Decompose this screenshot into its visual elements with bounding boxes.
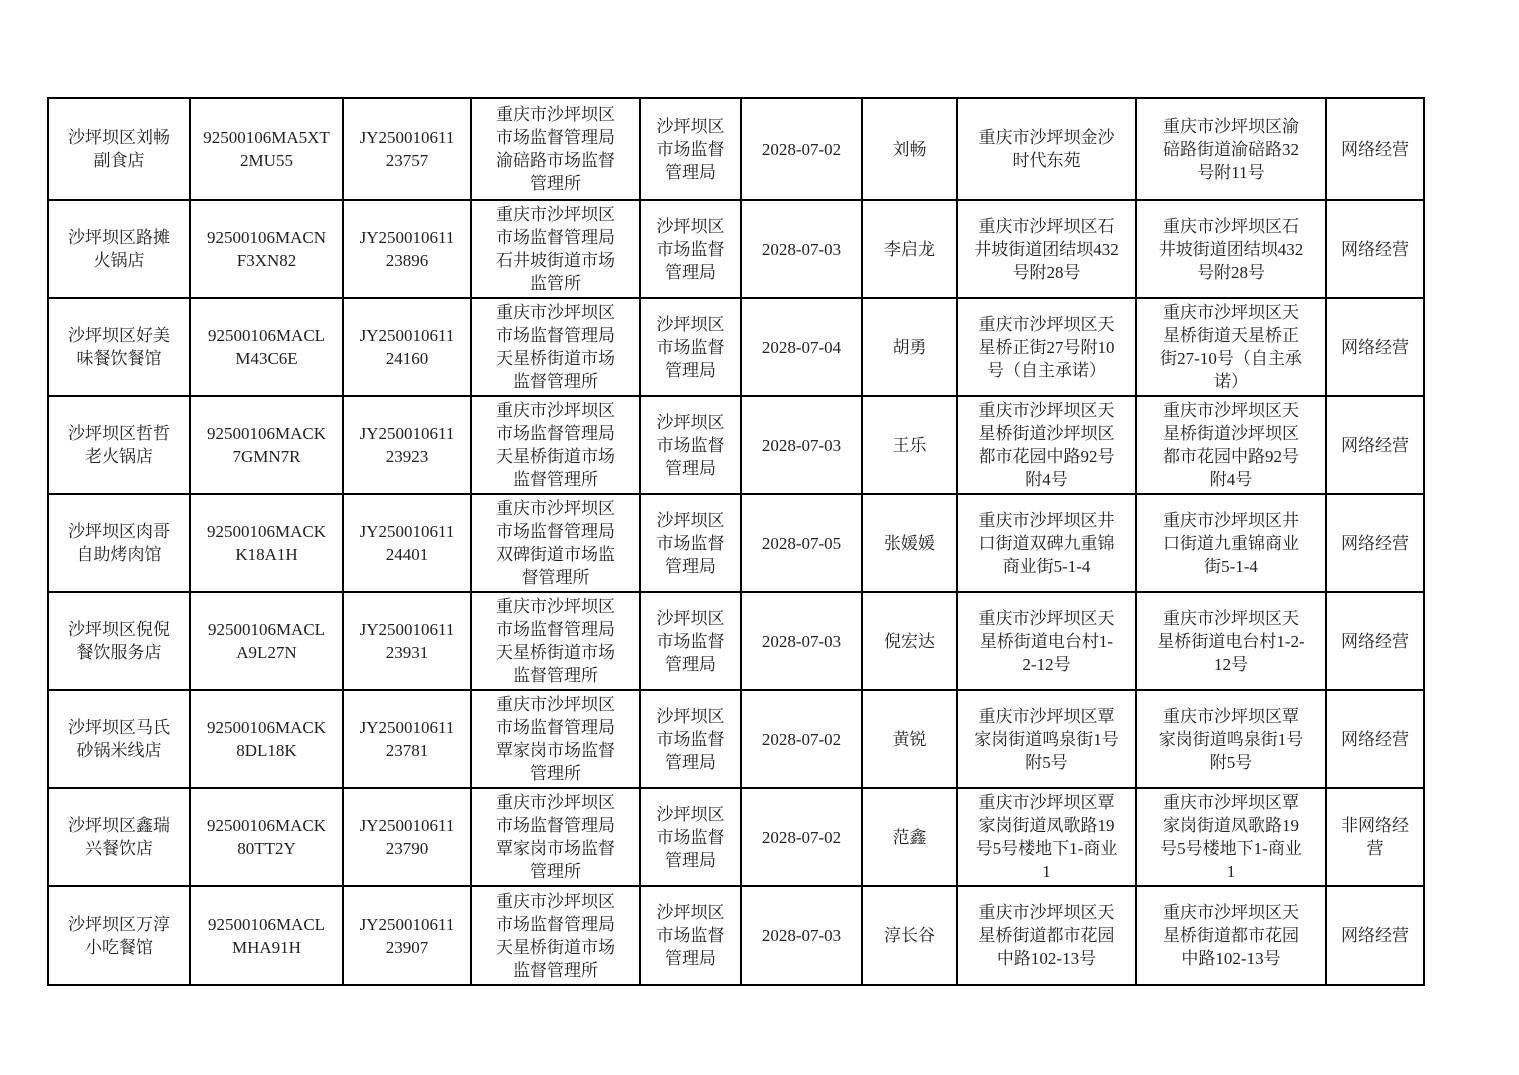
- table-cell: 沙坪坝区市场监督管理局: [640, 298, 741, 396]
- table-cell: 沙坪坝区市场监督管理局: [640, 788, 741, 886]
- table-cell: 网络经营: [1326, 396, 1424, 494]
- table-cell: 重庆市沙坪坝区市场监督管理局覃家岗市场监督管理所: [471, 690, 640, 788]
- table-cell: 沙坪坝区鑫瑞兴餐饮店: [48, 788, 190, 886]
- table-cell: 重庆市沙坪坝区市场监督管理局天星桥街道市场监督管理所: [471, 396, 640, 494]
- table-cell: 非网络经营: [1326, 788, 1424, 886]
- table-cell: 沙坪坝区刘畅副食店: [48, 98, 190, 200]
- table-cell: JY25001061123896: [343, 200, 471, 298]
- table-row: 沙坪坝区万淳小吃餐馆92500106MACLMHA91HJY2500106112…: [48, 886, 1424, 985]
- table-cell: 重庆市沙坪坝区天星桥街道电台村1-2-12号: [957, 592, 1136, 690]
- table-cell: 重庆市沙坪坝区石井坡街道团结坝432号附28号: [957, 200, 1136, 298]
- table-cell: 重庆市沙坪坝区市场监督管理局天星桥街道市场监督管理所: [471, 886, 640, 985]
- table-cell: 2028-07-02: [741, 788, 862, 886]
- table-cell: 沙坪坝区肉哥自助烤肉馆: [48, 494, 190, 592]
- table-cell: 网络经营: [1326, 592, 1424, 690]
- table-cell: 92500106MACLM43C6E: [190, 298, 343, 396]
- table-cell: 网络经营: [1326, 494, 1424, 592]
- table-cell: JY25001061123757: [343, 98, 471, 200]
- table-cell: 重庆市沙坪坝区市场监督管理局石井坡街道市场监管所: [471, 200, 640, 298]
- table-cell: 重庆市沙坪坝区渝碚路街道渝碚路32号附11号: [1136, 98, 1326, 200]
- table-cell: 重庆市沙坪坝区石井坡街道团结坝432号附28号: [1136, 200, 1326, 298]
- table-cell: 重庆市沙坪坝区井口街道九重锦商业街5-1-4: [1136, 494, 1326, 592]
- table-cell: 胡勇: [862, 298, 957, 396]
- table-cell: JY25001061123781: [343, 690, 471, 788]
- table-cell: JY25001061123923: [343, 396, 471, 494]
- table-cell: 重庆市沙坪坝金沙时代东苑: [957, 98, 1136, 200]
- table-cell: 重庆市沙坪坝区天星桥街道天星桥正街27-10号（自主承诺）: [1136, 298, 1326, 396]
- table-cell: 网络经营: [1326, 200, 1424, 298]
- table-row: 沙坪坝区倪倪餐饮服务店92500106MACLA9L27NJY250010611…: [48, 592, 1424, 690]
- table-cell: 重庆市沙坪坝区市场监督管理局渝碚路市场监督管理所: [471, 98, 640, 200]
- license-table-body: 沙坪坝区刘畅副食店92500106MA5XT2MU55JY25001061123…: [48, 98, 1424, 985]
- table-row: 沙坪坝区哲哲老火锅店92500106MACK7GMN7RJY2500106112…: [48, 396, 1424, 494]
- table-cell: 重庆市沙坪坝区覃家岗街道鸣泉街1号附5号: [957, 690, 1136, 788]
- table-cell: 重庆市沙坪坝区覃家岗街道凤歌路19号5号楼地下1-商业1: [957, 788, 1136, 886]
- table-cell: 2028-07-02: [741, 98, 862, 200]
- table-cell: 92500106MACLMHA91H: [190, 886, 343, 985]
- table-cell: 重庆市沙坪坝区天星桥街道沙坪坝区都市花园中路92号附4号: [957, 396, 1136, 494]
- table-cell: 刘畅: [862, 98, 957, 200]
- table-cell: 重庆市沙坪坝区天星桥街道电台村1-2-12号: [1136, 592, 1326, 690]
- table-cell: 2028-07-03: [741, 200, 862, 298]
- table-cell: 2028-07-03: [741, 886, 862, 985]
- table-cell: JY25001061124160: [343, 298, 471, 396]
- license-table: 沙坪坝区刘畅副食店92500106MA5XT2MU55JY25001061123…: [47, 97, 1425, 986]
- table-cell: 92500106MACK8DL18K: [190, 690, 343, 788]
- table-row: 沙坪坝区刘畅副食店92500106MA5XT2MU55JY25001061123…: [48, 98, 1424, 200]
- table-row: 沙坪坝区马氏砂锅米线店92500106MACK8DL18KJY250010611…: [48, 690, 1424, 788]
- table-cell: 重庆市沙坪坝区市场监督管理局天星桥街道市场监督管理所: [471, 592, 640, 690]
- table-cell: 沙坪坝区哲哲老火锅店: [48, 396, 190, 494]
- table-cell: 重庆市沙坪坝区市场监督管理局覃家岗市场监督管理所: [471, 788, 640, 886]
- table-cell: 重庆市沙坪坝区覃家岗街道凤歌路19号5号楼地下1-商业1: [1136, 788, 1326, 886]
- table-cell: 沙坪坝区市场监督管理局: [640, 886, 741, 985]
- table-cell: 重庆市沙坪坝区天星桥街道沙坪坝区都市花园中路92号附4号: [1136, 396, 1326, 494]
- table-cell: 黄锐: [862, 690, 957, 788]
- table-cell: 2028-07-03: [741, 592, 862, 690]
- table-cell: 沙坪坝区市场监督管理局: [640, 396, 741, 494]
- table-cell: 网络经营: [1326, 98, 1424, 200]
- table-cell: 重庆市沙坪坝区市场监督管理局双碑街道市场监督管理所: [471, 494, 640, 592]
- table-cell: 重庆市沙坪坝区天星桥街道都市花园中路102-13号: [957, 886, 1136, 985]
- table-cell: 92500106MACKK18A1H: [190, 494, 343, 592]
- table-cell: 网络经营: [1326, 886, 1424, 985]
- table-cell: JY25001061123790: [343, 788, 471, 886]
- table-cell: JY25001061123931: [343, 592, 471, 690]
- table-row: 沙坪坝区路摊火锅店92500106MACNF3XN82JY25001061123…: [48, 200, 1424, 298]
- table-cell: 沙坪坝区马氏砂锅米线店: [48, 690, 190, 788]
- table-cell: JY25001061124401: [343, 494, 471, 592]
- table-cell: 2028-07-04: [741, 298, 862, 396]
- table-row: 沙坪坝区鑫瑞兴餐饮店92500106MACK80TT2YJY2500106112…: [48, 788, 1424, 886]
- table-cell: 张媛媛: [862, 494, 957, 592]
- table-cell: 92500106MACK7GMN7R: [190, 396, 343, 494]
- table-cell: 92500106MACNF3XN82: [190, 200, 343, 298]
- table-cell: 沙坪坝区万淳小吃餐馆: [48, 886, 190, 985]
- table-cell: 沙坪坝区市场监督管理局: [640, 494, 741, 592]
- table-cell: 沙坪坝区市场监督管理局: [640, 592, 741, 690]
- table-cell: 沙坪坝区市场监督管理局: [640, 690, 741, 788]
- table-cell: 网络经营: [1326, 298, 1424, 396]
- table-cell: 92500106MACK80TT2Y: [190, 788, 343, 886]
- table-cell: 92500106MA5XT2MU55: [190, 98, 343, 200]
- table-cell: 李启龙: [862, 200, 957, 298]
- table-cell: 网络经营: [1326, 690, 1424, 788]
- table-cell: 重庆市沙坪坝区天星桥正街27号附10号（自主承诺）: [957, 298, 1136, 396]
- table-cell: 2028-07-03: [741, 396, 862, 494]
- table-cell: 重庆市沙坪坝区井口街道双碑九重锦商业街5-1-4: [957, 494, 1136, 592]
- table-cell: 范鑫: [862, 788, 957, 886]
- table-cell: JY25001061123907: [343, 886, 471, 985]
- table-cell: 沙坪坝区倪倪餐饮服务店: [48, 592, 190, 690]
- table-row: 沙坪坝区好美味餐饮餐馆92500106MACLM43C6EJY250010611…: [48, 298, 1424, 396]
- table-cell: 2028-07-05: [741, 494, 862, 592]
- table-cell: 沙坪坝区市场监督管理局: [640, 200, 741, 298]
- table-cell: 沙坪坝区好美味餐饮餐馆: [48, 298, 190, 396]
- table-cell: 2028-07-02: [741, 690, 862, 788]
- table-cell: 重庆市沙坪坝区天星桥街道都市花园中路102-13号: [1136, 886, 1326, 985]
- table-cell: 淳长谷: [862, 886, 957, 985]
- table-cell: 重庆市沙坪坝区市场监督管理局天星桥街道市场监督管理所: [471, 298, 640, 396]
- table-row: 沙坪坝区肉哥自助烤肉馆92500106MACKK18A1HJY250010611…: [48, 494, 1424, 592]
- table-cell: 沙坪坝区路摊火锅店: [48, 200, 190, 298]
- table-cell: 倪宏达: [862, 592, 957, 690]
- table-cell: 92500106MACLA9L27N: [190, 592, 343, 690]
- document-page: 沙坪坝区刘畅副食店92500106MA5XT2MU55JY25001061123…: [0, 0, 1519, 1075]
- table-cell: 沙坪坝区市场监督管理局: [640, 98, 741, 200]
- table-cell: 王乐: [862, 396, 957, 494]
- table-cell: 重庆市沙坪坝区覃家岗街道鸣泉街1号附5号: [1136, 690, 1326, 788]
